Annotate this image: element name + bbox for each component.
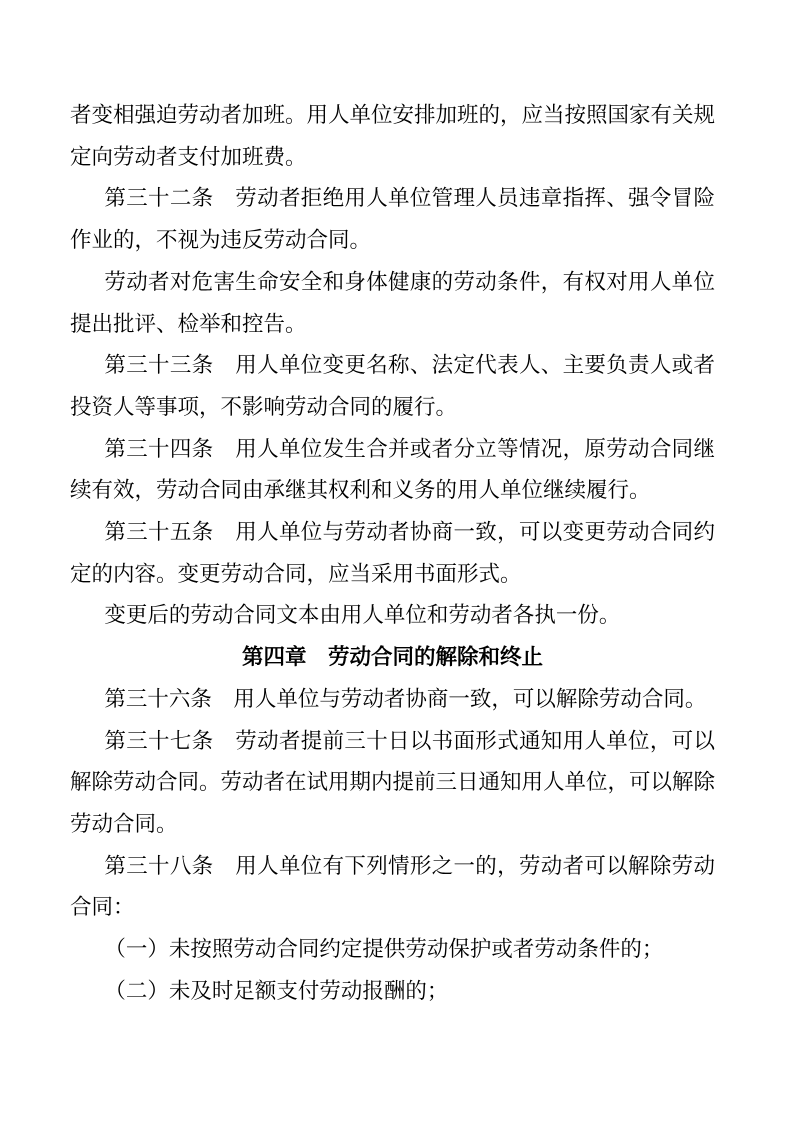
document-content: 者变相强迫劳动者加班。用人单位安排加班的，应当按照国家有关规定向劳动者支付加班费… [0,0,793,1012]
article-32: 第三十二条 劳动者拒绝用人单位管理人员违章指挥、强令冒险作业的，不视为违反劳动合… [70,178,715,261]
article-37: 第三十七条 劳动者提前三十日以书面形式通知用人单位，可以解除劳动合同。劳动者在试… [70,721,715,846]
article-38: 第三十八条 用人单位有下列情形之一的，劳动者可以解除劳动合同： [70,846,715,929]
article-34: 第三十四条 用人单位发生合并或者分立等情况，原劳动合同继续有效，劳动合同由承继其… [70,429,715,512]
article-33: 第三十三条 用人单位变更名称、法定代表人、主要负责人或者投资人等事项，不影响劳动… [70,345,715,428]
article-35-paragraph-2: 变更后的劳动合同文本由用人单位和劳动者各执一份。 [70,595,715,637]
chapter-4-heading: 第四章 劳动合同的解除和终止 [70,637,715,679]
document-page: 者变相强迫劳动者加班。用人单位安排加班的，应当按照国家有关规定向劳动者支付加班费… [0,0,793,1122]
article-35: 第三十五条 用人单位与劳动者协商一致，可以变更劳动合同约定的内容。变更劳动合同，… [70,512,715,595]
article-38-item-1: （一）未按照劳动合同约定提供劳动保护或者劳动条件的； [70,929,715,971]
paragraph-continued: 者变相强迫劳动者加班。用人单位安排加班的，应当按照国家有关规定向劳动者支付加班费… [70,95,715,178]
article-32-paragraph-2: 劳动者对危害生命安全和身体健康的劳动条件，有权对用人单位提出批评、检举和控告。 [70,262,715,345]
article-36: 第三十六条 用人单位与劳动者协商一致，可以解除劳动合同。 [70,679,715,721]
article-38-item-2: （二）未及时足额支付劳动报酬的； [70,971,715,1013]
